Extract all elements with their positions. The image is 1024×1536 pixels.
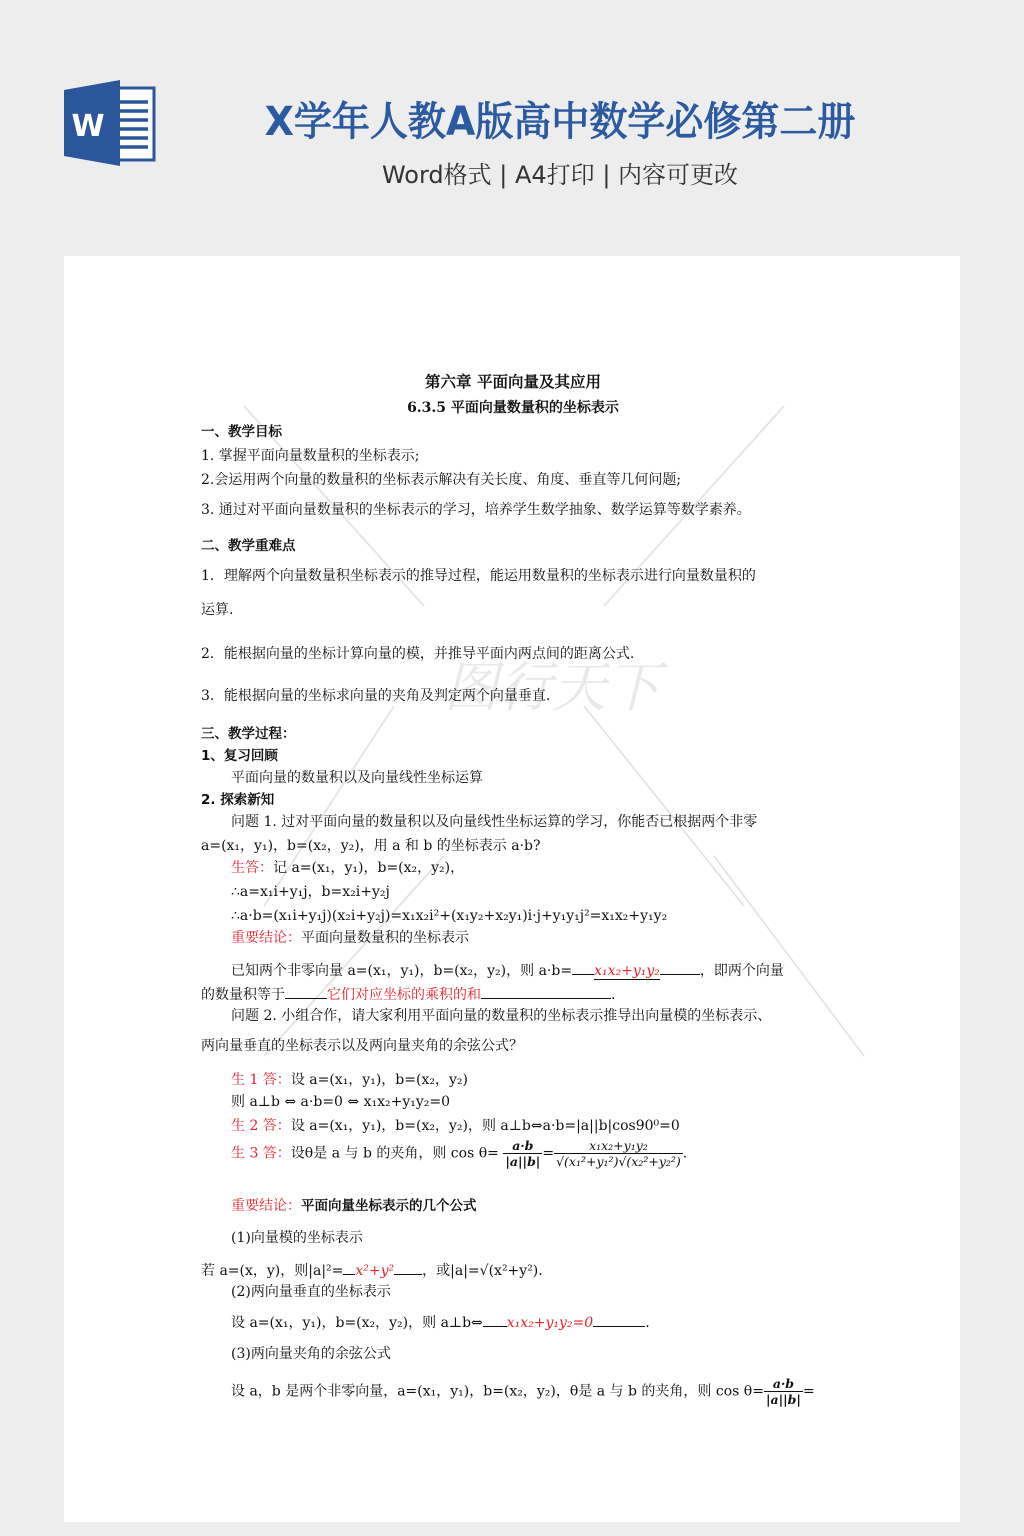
- answer-label: 生答：: [231, 860, 273, 876]
- review-text: 平面向量的数量积以及向量线性坐标运算: [201, 768, 483, 790]
- objective-item: 1. 掌握平面向量数量积的坐标表示;: [201, 446, 420, 468]
- conclusion-2: 重要结论：平面向量坐标表示的几个公式: [201, 1196, 477, 1218]
- fill-answer-4: x₁x₂+y₁y₂=0: [507, 1315, 593, 1331]
- heading-process: 三、教学过程：: [201, 724, 296, 745]
- formula-1-heading: (1)向量模的坐标表示: [201, 1228, 363, 1250]
- conclusion-1: 重要结论：平面向量数量积的坐标表示: [201, 928, 469, 950]
- fill-answer-3: x²+y²: [355, 1263, 394, 1279]
- question-1-line2: a=(x₁，y₁)，b=(x₂，y₂)，用 a 和 b 的坐标表示 a·b?: [201, 836, 541, 858]
- fill-answer-2: 它们对应坐标的乘积的和: [327, 987, 481, 1003]
- word-document-icon: W: [64, 80, 156, 166]
- answer-derivation-2: ∴a·b=(x₁i+y₁j)(x₂i+y₂j)=x₁x₂i²+(x₁y₂+x₂y…: [201, 906, 667, 928]
- student-3-answer: 生 3 答：设θ是 a 与 b 的夹角，则 cos θ= a·b|a||b|=x…: [201, 1138, 687, 1169]
- banner: W X学年人教A版高中数学必修第二册 Word格式 | A4打印 | 内容可更改: [0, 0, 1024, 256]
- formula-2-heading: (2)两向量垂直的坐标表示: [201, 1282, 391, 1304]
- objective-item: 2.会运用两个向量的数量积的坐标表示解决有关长度、角度、垂直等几何问题;: [201, 470, 681, 492]
- student-1-line2: 则 a⊥b ⇔ a·b=0 ⇔ x₁x₂+y₁y₂=0: [201, 1092, 450, 1114]
- document-page: 图行天下 第六章 平面向量及其应用 6.3.5 平面向量数量积的坐标表示 一、教…: [64, 256, 960, 1522]
- question-2-line2: 两向量垂直的坐标表示以及两向量夹角的余弦公式？: [201, 1036, 523, 1058]
- formula-3: 设 a，b 是两个非零向量，a=(x₁，y₁)，b=(x₂，y₂)，θ是 a 与…: [201, 1376, 815, 1407]
- heading-explore: 2. 探索新知: [201, 790, 274, 811]
- conclusion-label: 重要结论：: [231, 930, 301, 946]
- key-point-item: 2．能根据向量的坐标计算向量的模，并推导平面内两点间的距离公式.: [201, 644, 634, 666]
- student-2-answer: 生 2 答：设 a=(x₁，y₁)，b=(x₂，y₂)，则 a⊥b⇔a·b=|a…: [201, 1116, 680, 1138]
- heading-review: 1、复习回顾: [201, 746, 278, 767]
- fill-in-2: 的数量积等于它们对应坐标的乘积的和.: [201, 984, 615, 1007]
- cos-fraction-2: x₁x₂+y₁y₂√(x₁²+y₁²)√(x₂²+y₂²): [554, 1138, 683, 1169]
- question-2-line1: 问题 2. 小组合作，请大家利用平面向量的数量积的坐标表示推导出向量模的坐标表示…: [201, 1006, 771, 1028]
- cos-fraction-1: a·b|a||b|: [503, 1138, 542, 1169]
- cos-fraction-3: a·b|a||b|: [764, 1376, 803, 1407]
- heading-objectives: 一、教学目标: [201, 422, 282, 443]
- key-point-item: 3．能根据向量的坐标求向量的夹角及判定两个向量垂直.: [201, 686, 550, 708]
- answer-derivation-1: ∴a=x₁i+y₁j，b=x₂i+y₂j: [201, 882, 390, 904]
- key-point-item: 运算.: [201, 600, 233, 622]
- formula-1: 若 a=(x，y)，则|a|²=x²+y²，或|a|=√(x²+y²).: [201, 1260, 543, 1283]
- fill-answer-1: x₁x₂+y₁y₂: [594, 963, 660, 980]
- svg-text:W: W: [71, 109, 104, 144]
- chapter-title: 第六章 平面向量及其应用: [201, 370, 825, 394]
- key-point-item: 1．理解两个向量数量积坐标表示的推导过程，能运用数量积的坐标表示进行向量数量积的: [201, 566, 756, 588]
- student-answer: 生答：记 a=(x₁，y₁)，b=(x₂，y₂)，: [201, 858, 464, 880]
- banner-subtitle: Word格式 | A4打印 | 内容可更改: [190, 155, 930, 190]
- formula-2: 设 a=(x₁，y₁)，b=(x₂，y₂)，则 a⊥b⇔x₁x₂+y₁y₂=0.: [201, 1312, 650, 1335]
- objective-item: 3. 通过对平面向量数量积的坐标表示的学习，培养学生数学抽象、数学运算等数学素养…: [201, 500, 751, 522]
- student-1-answer: 生 1 答：设 a=(x₁，y₁)，b=(x₂，y₂): [201, 1070, 468, 1092]
- fill-in-1: 已知两个非零向量 a=(x₁，y₁)，b=(x₂，y₂)，则 a·b=x₁x₂+…: [201, 960, 784, 983]
- question-1-line1: 问题 1. 过对平面向量的数量积以及向量线性坐标运算的学习，你能否已根据两个非零: [201, 812, 757, 834]
- formula-3-heading: (3)两向量夹角的余弦公式: [201, 1344, 391, 1366]
- heading-key-points: 二、教学重难点: [201, 536, 296, 557]
- banner-title: X学年人教A版高中数学必修第二册: [209, 90, 912, 147]
- section-title: 6.3.5 平面向量数量积的坐标表示: [201, 398, 825, 420]
